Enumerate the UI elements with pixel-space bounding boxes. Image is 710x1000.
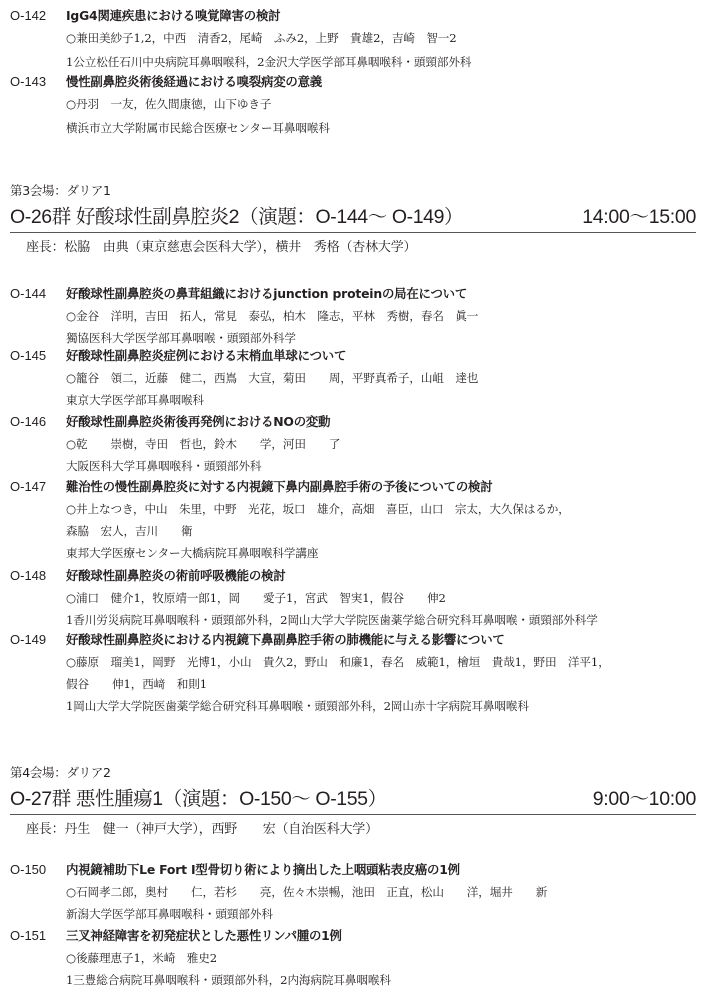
abstract-authors: ○金谷 洋明，吉田 拓人，常見 泰弘，柏木 隆志，平林 秀樹，春名 眞一 [66, 308, 478, 324]
abstract-title: 好酸球性副鼻腔炎症例における末梢血単球について [66, 348, 346, 364]
abstract-title: 内視鏡補助下Le Fort I型骨切り術により摘出した上咽頭粘表皮癌の1例 [66, 862, 460, 878]
abstract-authors: ○石岡孝二郎，奥村 仁，若杉 亮，佐々木崇暢，池田 正直，松山 洋，堀井 新 [66, 884, 547, 900]
abstract-code: O-143 [10, 74, 46, 90]
abstract-authors: ○井上なつき，中山 朱里，中野 光花，坂口 雄介，高畑 喜臣，山口 宗太，大久保… [66, 501, 570, 517]
abstract-authors: ○丹羽 一友，佐久間康徳，山下ゆき子 [66, 96, 271, 112]
session-heading: O-27群 悪性腫瘍1（演題：O-150～ O-155） [10, 787, 387, 811]
abstract-affiliation: 獨協医科大学医学部耳鼻咽喉・頭頸部外科学 [66, 330, 296, 346]
abstract-authors-continued: 森脇 宏人，吉川 衛 [66, 523, 192, 539]
session-divider [10, 232, 696, 233]
abstract-code: O-142 [10, 8, 46, 24]
abstract-authors: ○乾 崇樹，寺田 哲也，鈴木 学，河田 了 [66, 436, 340, 452]
session-chair: 座長：丹生 健一（神戸大学），西野 宏（自治医科大学） [26, 821, 378, 839]
abstract-title: IgG4関連疾患における嗅覚障害の検討 [66, 8, 280, 24]
abstract-affiliation: 東京大学医学部耳鼻咽喉科 [66, 392, 204, 408]
abstract-affiliation: 新潟大学医学部耳鼻咽喉科・頭頸部外科 [66, 906, 273, 922]
abstract-title: 三叉神経障害を初発症状とした悪性リンパ腫の1例 [66, 928, 342, 944]
abstract-authors: ○浦口 健介1，牧原靖一郎1，岡 愛子1，宮武 智実1，假谷 伸2 [66, 590, 446, 606]
abstract-affiliation: 1岡山大学大学院医歯薬学総合研究科耳鼻咽喉・頭頸部外科，2岡山赤十字病院耳鼻咽喉… [66, 698, 529, 714]
abstract-affiliation: 東邦大学医療センター大橋病院耳鼻咽喉科学講座 [66, 545, 318, 561]
session-heading: O-26群 好酸球性副鼻腔炎2（演題：O-144～ O-149） [10, 205, 463, 229]
abstract-title: 好酸球性副鼻腔炎術後再発例におけるNOの変動 [66, 414, 330, 430]
abstract-code: O-144 [10, 286, 46, 302]
abstract-code: O-148 [10, 568, 46, 584]
abstract-affiliation: 1三豊総合病院耳鼻咽喉科・頭頸部外科，2内海病院耳鼻咽喉科 [66, 972, 391, 988]
abstract-authors: ○藤原 瑠美1，岡野 光博1，小山 貴久2，野山 和廉1，春名 威範1，檜垣 貴… [66, 654, 610, 670]
abstract-code: O-150 [10, 862, 46, 878]
session-venue: 第3会場：ダリア1 [10, 183, 111, 199]
abstract-code: O-146 [10, 414, 46, 430]
abstract-affiliation: 1公立松任石川中央病院耳鼻咽喉科，2金沢大学医学部耳鼻咽喉科・頭頸部外科 [66, 54, 471, 70]
abstract-authors-continued: 假谷 伸1，西﨑 和則1 [66, 676, 207, 692]
abstract-title: 好酸球性副鼻腔炎の鼻茸組織におけるjunction proteinの局在について [66, 286, 467, 302]
session-venue: 第4会場：ダリア2 [10, 765, 111, 781]
abstract-affiliation: 1香川労災病院耳鼻咽喉科・頭頸部外科，2岡山大学大学院医歯薬学総合研究科耳鼻咽喉… [66, 612, 598, 628]
session-time: 14:00～15:00 [582, 205, 696, 229]
abstract-code: O-145 [10, 348, 46, 364]
session-chair: 座長：松脇 由典（東京慈恵会医科大学），横井 秀格（杏林大学） [26, 239, 416, 257]
abstract-title: 慢性副鼻腔炎術後経過における嗅裂病変の意義 [66, 74, 322, 90]
abstract-authors: ○籠谷 領二，近藤 健二，西嶌 大宣，菊田 周，平野真希子，山岨 達也 [66, 370, 478, 386]
abstract-code: O-147 [10, 479, 46, 495]
abstract-title: 好酸球性副鼻腔炎における内視鏡下鼻副鼻腔手術の肺機能に与える影響について [66, 632, 505, 648]
abstract-authors: ○兼田美紗子1,2，中西 清香2，尾崎 ふみ2，上野 貴雄2，吉崎 智一2 [66, 30, 457, 46]
session-time: 9:00～10:00 [593, 787, 696, 811]
abstract-title: 難治性の慢性副鼻腔炎に対する内視鏡下鼻内副鼻腔手術の予後についての検討 [66, 479, 492, 495]
abstract-affiliation: 大阪医科大学耳鼻咽喉科・頭頸部外科 [66, 458, 261, 474]
abstract-code: O-149 [10, 632, 46, 648]
abstract-affiliation: 横浜市立大学附属市民総合医療センター耳鼻咽喉科 [66, 120, 330, 136]
session-divider [10, 814, 696, 815]
abstract-title: 好酸球性副鼻腔炎の術前呼吸機能の検討 [66, 568, 285, 584]
abstract-authors: ○後藤理恵子1，米崎 雅史2 [66, 950, 217, 966]
abstract-code: O-151 [10, 928, 46, 944]
